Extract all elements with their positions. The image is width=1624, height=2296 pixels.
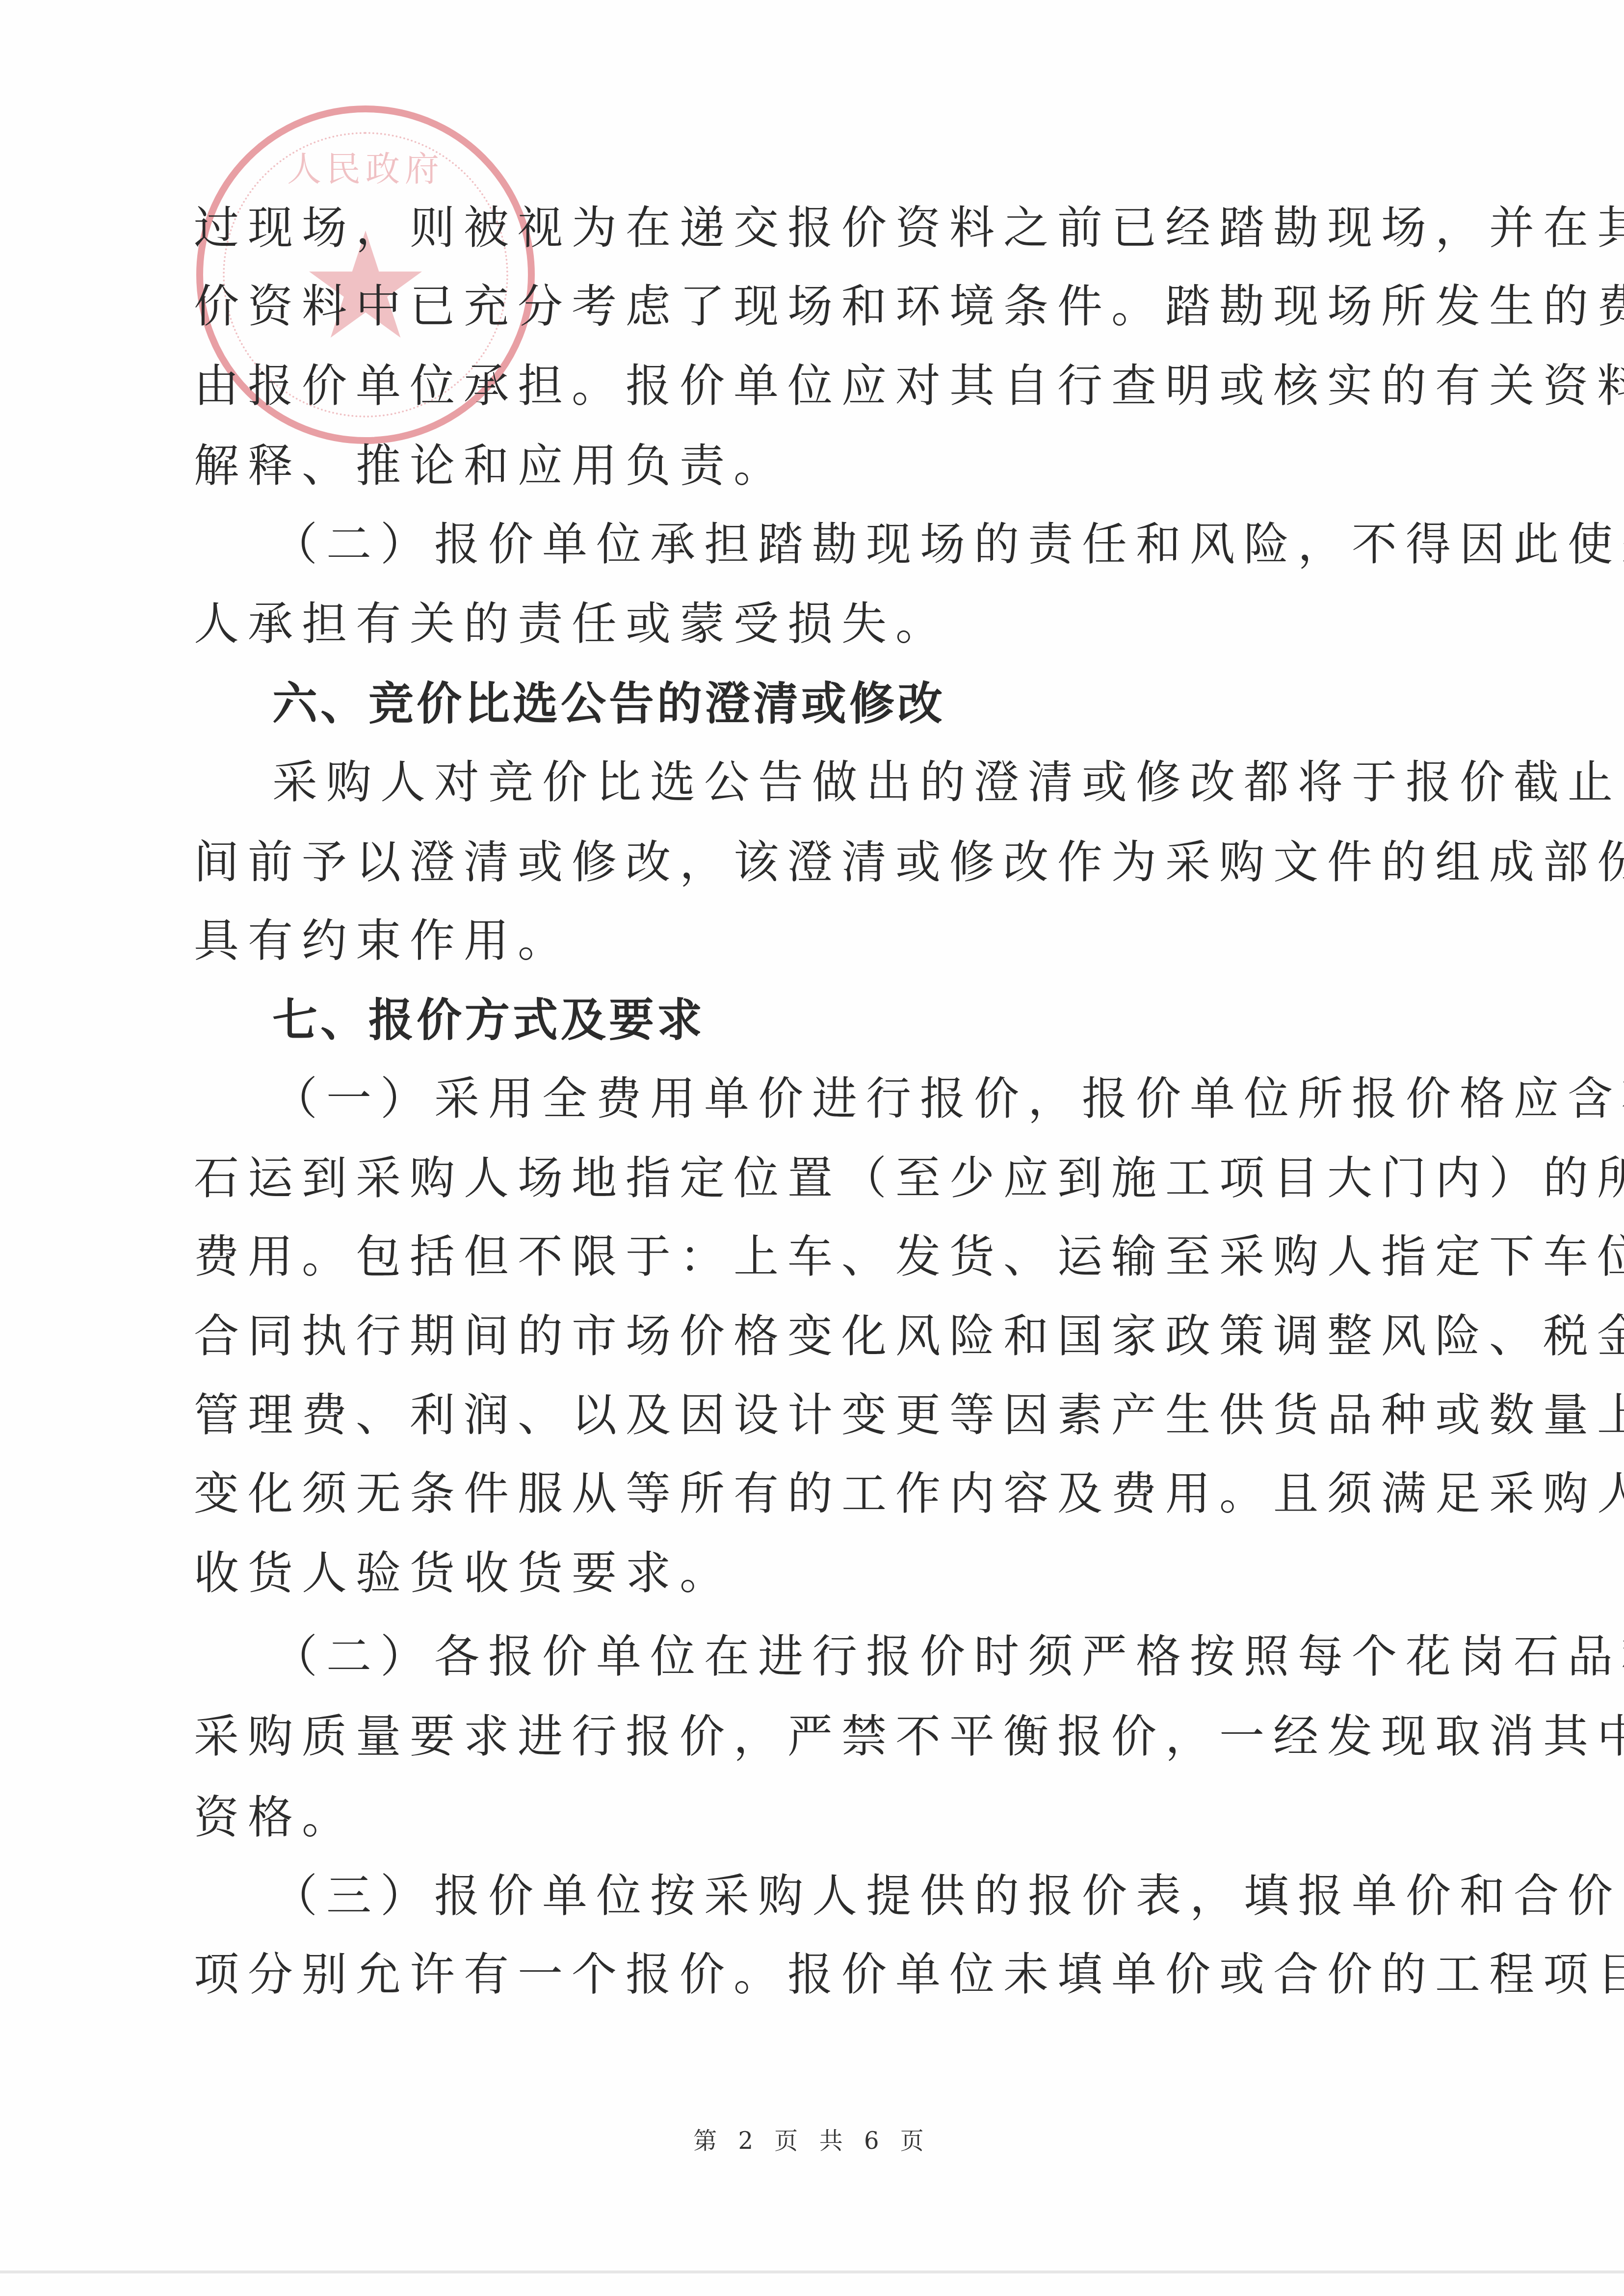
body-line: 人承担有关的责任或蒙受损失。 xyxy=(194,592,1450,656)
scan-edge-divider xyxy=(0,2270,1624,2273)
body-line: 间前予以澄清或修改，该澄清或修改作为采购文件的组成部份， xyxy=(194,831,1450,894)
body-line: 管理费、利润、以及因设计变更等因素产生供货品种或数量上的 xyxy=(194,1383,1450,1447)
body-line: 费用。包括但不限于：上车、发货、运输至采购人指定下车位置、 xyxy=(194,1225,1450,1289)
body-line: 石运到采购人场地指定位置（至少应到施工项目大门内）的所有 xyxy=(194,1147,1450,1210)
body-line: 资格。 xyxy=(194,1786,1450,1850)
section-heading-7: 七、报价方式及要求 xyxy=(272,989,1528,1052)
body-line: 由报价单位承担。报价单位应对其自行查明或核实的有关资料的 xyxy=(194,354,1450,418)
page-number-footer: 第 2 页 共 6 页 xyxy=(0,2122,1624,2156)
body-line: 具有约束作用。 xyxy=(194,909,1450,973)
body-line: 变化须无条件服从等所有的工作内容及费用。且须满足采购人、 xyxy=(194,1462,1450,1526)
body-line: 项分别允许有一个报价。报价单位未填单价或合价的工程项目， xyxy=(194,1943,1450,2007)
body-line: 价资料中已充分考虑了现场和环境条件。踏勘现场所发生的费用 xyxy=(194,275,1450,339)
body-line: 过现场，则被视为在递交报价资料之前已经踏勘现场，并在其报 xyxy=(194,196,1450,260)
section-heading-6: 六、竞价比选公告的澄清或修改 xyxy=(272,672,1528,736)
clause-7-1-paragraph: （一）采用全费用单价进行报价，报价单位所报价格应含花岗 xyxy=(272,1067,1528,1131)
body-line: 解释、推论和应用负责。 xyxy=(194,434,1450,498)
seal-text: 人民政府 xyxy=(203,142,528,191)
body-line: 收货人验货收货要求。 xyxy=(194,1541,1450,1605)
section-6-paragraph: 采购人对竞价比选公告做出的澄清或修改都将于报价截止时 xyxy=(272,751,1528,814)
document-page: 人民政府 ★ 过现场，则被视为在递交报价资料之前已经踏勘现场，并在其报 价资料中… xyxy=(0,0,1624,2296)
clause-7-3-paragraph: （三）报价单位按采购人提供的报价表，填报单价和合价，每 xyxy=(272,1864,1528,1928)
body-line: 采购质量要求进行报价，严禁不平衡报价，一经发现取消其中选 xyxy=(194,1705,1450,1769)
clause-7-2-paragraph: （二）各报价单位在进行报价时须严格按照每个花岗石品种的 xyxy=(272,1625,1528,1689)
clause-2-paragraph: （二）报价单位承担踏勘现场的责任和风险，不得因此使采购 xyxy=(272,513,1528,576)
body-line: 合同执行期间的市场价格变化风险和国家政策调整风险、税金、 xyxy=(194,1305,1450,1368)
